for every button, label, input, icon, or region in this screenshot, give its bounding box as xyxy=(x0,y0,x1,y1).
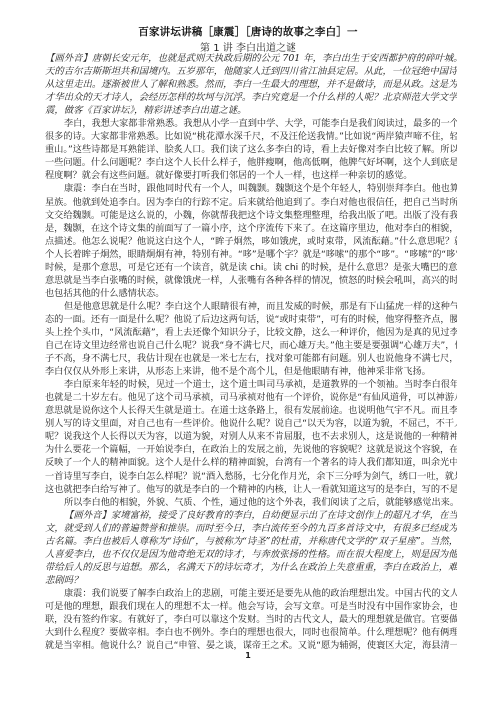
text-line: 别人写的诗文里面，对自己也有一些评价。他说什么呢？说自己“以天为容，以道为貌，不… xyxy=(45,417,457,430)
text-line: 人喜爱李白，也不仅仅是因为他奇绝无双的诗才，与奔放张扬的性格。而在很大程度上，则… xyxy=(45,548,457,561)
text-line: 康震：李白在当时，跟他同时代有一个人，叫魏颢。魏颢这个是个年轻人，特别崇拜李白。… xyxy=(45,182,457,195)
text-line: 古名篇。李白也被后人尊称为“诗仙”，与被称为“诗圣”的杜甫，并称唐代文学的“双子… xyxy=(45,535,457,548)
text-line: 程度啊？就会有这些问题。就好像要打听我们邻居的一个人一样，也这样一种亲切的感觉。 xyxy=(45,169,457,182)
text-line: 时候，是那个意思，可是它还有一个读音，就是读 chi。读 chi 的时候，是什么… xyxy=(45,261,457,274)
text-line: 意思就是当李白张嘴的时候，就像饿虎一样，人张嘴有各种各样的情况，愤怒的时候会吼叫… xyxy=(45,274,457,287)
text-line: 李白，我想大家都非常熟悉。我想从小学一直到中学、大学，可能李白是我们阅读过，最多… xyxy=(45,117,457,130)
text-line: 文交给魏颢。可能是这么说的，小魏，你就帮我把这个诗文集整理整理，给我出版了吧。出… xyxy=(45,209,457,222)
document-body: 【画外音】唐朝长安元年，也就是武则天执政后期的公元 701 年，李白出生于安西都… xyxy=(45,52,457,652)
text-line: 可是他的理想，跟我们现在人的理想不太一样。他会写诗，会写文章。可是当时没有中国作… xyxy=(45,600,457,613)
text-line: 一些问题。什么问题呢？李白这个人长什么样子，他胖瘦啊，他高低啊，他脾气好坏啊，这… xyxy=(45,156,457,169)
text-line: 天的吉尔吉斯斯坦共和国境内。五岁那年，他随家人迁到四川省江油县定居。从此，一位冠… xyxy=(45,65,457,78)
text-line: 带给后人的反思与追想。那么，名满天下的诗坛奇才，为什么在政治上失意重重，李白在政… xyxy=(45,561,457,574)
lecture-paragraph: 但是他意思就是什么呢？李白这个人眼睛很有神，而且发威的时候，那是有下山猛虎一样的… xyxy=(45,300,457,378)
text-line: 悲剧吗？ xyxy=(45,574,457,587)
text-line: 所以李白他的相貌，外貌、气质、个性，通过他的这个外表，我们阅读了之后，就能够感觉… xyxy=(45,496,457,509)
voiceover-paragraph: 【画外音】唐朝长安元年，也就是武则天执政后期的公元 701 年，李白出生于安西都… xyxy=(45,52,457,117)
text-line: 态的一面。还有一面是什么呢？他说了后边这两句话，说“或时束带”，可有的时候，他穿… xyxy=(45,313,457,326)
text-line: 联，没有签约作家。有就好了，李白可以靠这个发财。当时的古代文人，最大的理想就是做… xyxy=(45,613,457,626)
text-line: 意思就是说你这个人长得天生就是道士。在道士这条路上，很有发展前途。也说明他气宇不… xyxy=(45,404,457,417)
text-line: 也就是二十岁左右。他见了这个司马承祯，司马承祯对他有一个评价，说你是“有仙风道骨… xyxy=(45,391,457,404)
lecture-paragraph: 李白，我想大家都非常熟悉。我想从小学一直到中学、大学，可能李白是我们阅读过，最多… xyxy=(45,117,457,182)
text-line: 反映了一个人的精神面貌。这个人是什么样的精神面貌，台湾有一个著名的诗人我们都知道… xyxy=(45,456,457,469)
lecture-paragraph: 所以李白他的相貌，外貌、气质、个性，通过他的这个外表，我们阅读了之后，就能够感觉… xyxy=(45,496,457,509)
text-line: 星族。他就到处追李白。因为李白的行踪不定。后来就给他追到了。李白对他也很信任，把… xyxy=(45,196,457,209)
text-line: 【画外音】唐朝长安元年，也就是武则天执政后期的公元 701 年，李白出生于安西都… xyxy=(45,52,457,65)
document-page: 百家讲坛讲稿［康震］［唐诗的故事之李白］一 第 1 讲 李白出道之谜 【画外音】… xyxy=(0,0,496,702)
text-line: 康震：我们说要了解李白政治上的悲剧，可能主要还是要先从他的政治理想出发。中国古代… xyxy=(45,587,457,600)
text-line: 是，魏颢，在这个诗文集的前面写了一篇小序，这个序流传下来了。在这篇序里边，他对李… xyxy=(45,222,457,235)
text-line: 文，就受到人们的普遍赞誉和推崇。而时至今日，李白流传至今的九百多首诗文中，有很多… xyxy=(45,522,457,535)
text-line: 一首诗里写李白，说李白怎么样呢？说“酒入愁肠，七分化作月光，余下三分呼为剑气，绣… xyxy=(45,470,457,483)
document-title: 百家讲坛讲稿［康震］［唐诗的故事之李白］一 xyxy=(0,24,496,39)
text-line: 李白原来年轻的时候，见过一个道士，这个道士叫司马承祯，是道教界的一个领袖。当时李… xyxy=(45,378,457,391)
lecture-paragraph: 康震：我们说要了解李白政治上的悲剧，可能主要还是要先从他的政治理想出发。中国古代… xyxy=(45,587,457,652)
text-line: 重山。”这些诗都是耳熟能详、脍炙人口。我们读了这么多李白的诗，看上去好像对李白比… xyxy=(45,143,457,156)
text-line: 个人长着眸子炯然，眼睛炯炯有神，特别有神。“哆”是哪个字？就是“哆嗦”的那个“哆… xyxy=(45,248,457,261)
text-line: 点描述。他怎么说呢？他说这白这个人，“眸子炯然，哆如饿虎，或时束带，风流酝藉。”… xyxy=(45,235,457,248)
lecture-paragraph: 康震：李白在当时，跟他同时代有一个人，叫魏颢。魏颢这个是个年轻人，特别崇拜李白。… xyxy=(45,182,457,299)
text-line: 头上拴个头巾，“风流酝藉”，看上去还像个知识分子，比较文静，这么一种评价，他因为… xyxy=(45,326,457,339)
text-line: 自己在诗文里边经常也说自己什么呢？说我“身不满七尺，而心雄万夫。”他主要是要强调… xyxy=(45,339,457,352)
text-line: 这也就把李白给写神了。他写的就是李白的一个精神的内核，让人一看就知道这写的是李白… xyxy=(45,483,457,496)
text-line: 但是他意思就是什么呢？李白这个人眼睛很有神，而且发威的时候，那是有下山猛虎一样的… xyxy=(45,300,457,313)
voiceover-paragraph: 【画外音】家境富裕，接受了良好教育的李白，自幼便显示出了在诗文创作上的超凡才华，… xyxy=(45,509,457,587)
text-line: 李白仅仅从外形上来讲，从形态上来讲，他不是个高个儿，但是他眼睛有神，他神采非常飞… xyxy=(45,365,457,378)
text-line: 也包括其他的什么感情状态。 xyxy=(45,287,457,300)
lecture-paragraph: 李白原来年轻的时候，见过一个道士，这个道士叫司马承祯，是道教界的一个领袖。当时李… xyxy=(45,378,457,495)
text-line: 呢？说我这个人长得以天为容，以道为貌，对别人从来不肯屈服，也不去求别人，这是说他… xyxy=(45,430,457,443)
text-line: 大到什么程度？要做宰相。李白也不例外。李白的理想也很大，同时也很简单。什么理想呢… xyxy=(45,626,457,639)
page-number: 1 xyxy=(0,651,496,660)
text-line: 才华出众的天才诗人，会经历怎样的坎坷与沉浮。李白究竟是一个什么样的人呢？北京师范… xyxy=(45,91,457,104)
text-line: 震，做客《百家讲坛》，精彩讲述李白出道之谜。 xyxy=(45,104,457,117)
text-line: 为什么要花一个篇幅，一开始说李白，在政治上的发展之前，先说他的容貌呢？这就是说这… xyxy=(45,443,457,456)
text-line: 很多的诗。大家都非常熟悉。比如说“桃花潭水深千尺，不及汪伦送我情。”比如说“两岸… xyxy=(45,130,457,143)
text-line: 子不高，身不满七尺，我估计现在也就是一米七左右，找对象可能都有问题。别人也说他身… xyxy=(45,352,457,365)
text-line: 从这里走出。逐渐被世人了解和熟悉。然而，李白一生最大的理想，并不是做诗，而是从政… xyxy=(45,78,457,91)
text-line: 【画外音】家境富裕，接受了良好教育的李白，自幼便显示出了在诗文创作上的超凡才华，… xyxy=(45,509,457,522)
